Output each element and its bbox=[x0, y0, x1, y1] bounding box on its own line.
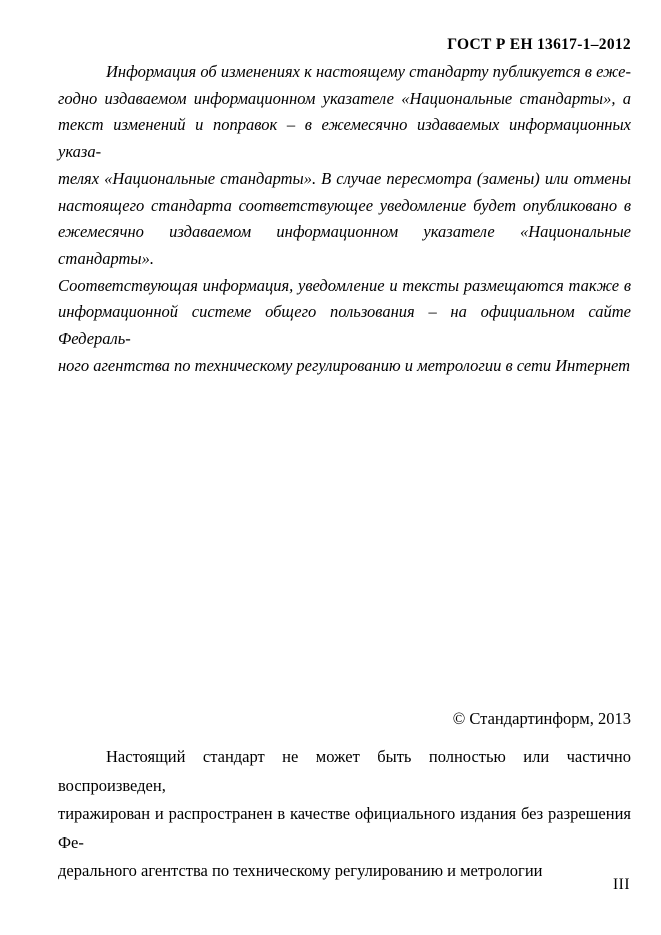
paragraph-line: настоящего стандарта соответствующее уве… bbox=[58, 193, 631, 220]
paragraph-line: тиражирован и распространен в качестве о… bbox=[58, 800, 631, 857]
copyright-notice: © Стандартинформ, 2013 bbox=[453, 709, 631, 729]
paragraph-line: Информация об изменениях к настоящему ст… bbox=[58, 59, 631, 86]
page-number: III bbox=[613, 876, 630, 894]
paragraph-line: информационной системе общего пользовани… bbox=[58, 299, 631, 352]
paragraph-line: ежемесячно издаваемом информационном ука… bbox=[58, 219, 631, 272]
paragraph-line: Соответствующая информация, уведомление … bbox=[58, 273, 631, 300]
paragraph-line: телях «Национальные стандарты». В случае… bbox=[58, 166, 631, 193]
paragraph-line: Настоящий стандарт не может быть полност… bbox=[58, 743, 631, 800]
document-page: ГОСТ Р ЕН 13617-1–2012 Информация об изм… bbox=[0, 0, 661, 935]
paragraph-line: ного агентства по техническому регулиров… bbox=[58, 353, 631, 380]
foreword-info-paragraph: Информация об изменениях к настоящему ст… bbox=[58, 59, 631, 379]
paragraph-line: годно издаваемом информационном указател… bbox=[58, 86, 631, 113]
doc-number: ГОСТ Р ЕН 13617-1–2012 bbox=[447, 36, 631, 54]
paragraph-line: текст изменений и поправок – в ежемесячн… bbox=[58, 112, 631, 165]
paragraph-line: дерального агентства по техническому рег… bbox=[58, 857, 631, 886]
reproduction-notice-paragraph: Настоящий стандарт не может быть полност… bbox=[58, 743, 631, 886]
